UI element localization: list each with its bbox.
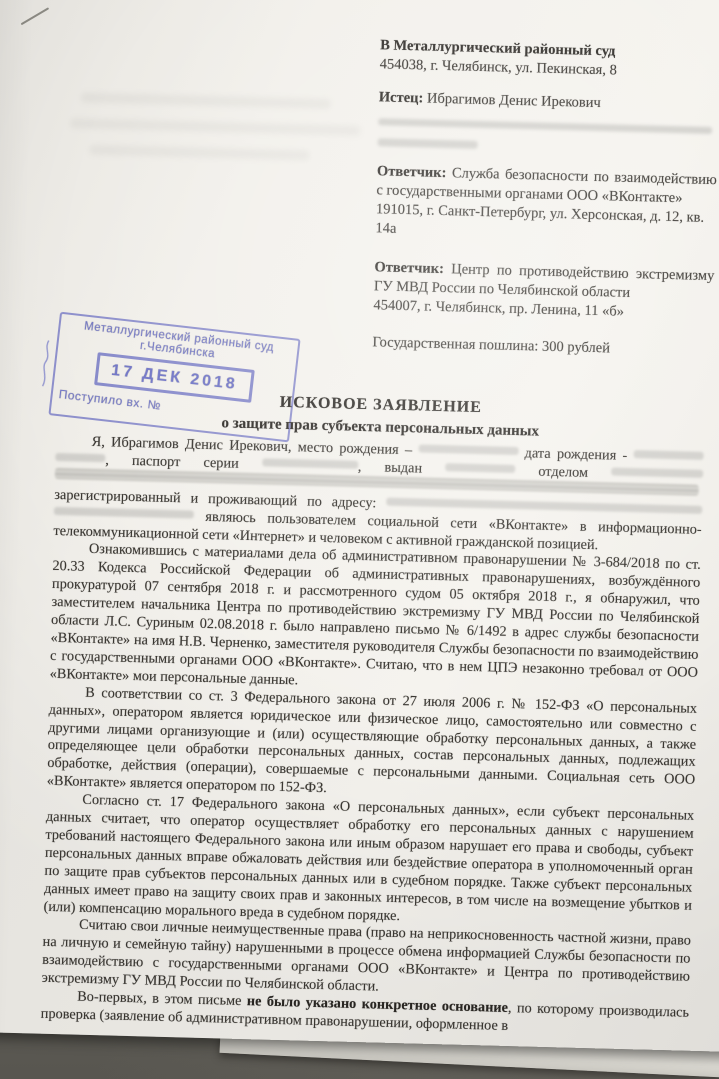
plaintiff-name: Ибрагимов Денис Ирекович bbox=[427, 91, 601, 112]
redaction-bar bbox=[262, 458, 358, 469]
intro-segment: , выдан bbox=[358, 459, 423, 477]
paragraph-intro: Я, Ибрагимов Денис Ирекович, место рожде… bbox=[53, 433, 704, 557]
defendant-label: Ответчик: bbox=[377, 163, 447, 181]
document-header: В Металлургический районный суд 454038, … bbox=[372, 36, 719, 361]
document-content: В Металлургический районный суд 454038, … bbox=[0, 0, 719, 1055]
document-page: В Металлургический районный суд 454038, … bbox=[0, 0, 719, 1052]
redaction-bar bbox=[418, 444, 518, 455]
document-body: Я, Ибрагимов Денис Ирекович, место рожде… bbox=[41, 433, 704, 1041]
redaction-bar bbox=[386, 497, 702, 513]
stamp-handwriting-mark bbox=[37, 338, 55, 389]
photo-scene: В Металлургический районный суд 454038, … bbox=[0, 0, 719, 1079]
argument-pre: Во-первых, в этом письме bbox=[77, 989, 247, 1009]
showthrough-ghost bbox=[70, 118, 360, 136]
redaction-bar bbox=[54, 507, 194, 519]
paragraph-law-17: Согласно ст. 17 Федерального закона «О п… bbox=[43, 791, 694, 933]
redaction-bar bbox=[55, 453, 105, 462]
intro-segment: отделом bbox=[538, 463, 588, 480]
plaintiff-label: Истец: bbox=[379, 89, 424, 106]
showthrough-ghost bbox=[89, 145, 309, 161]
intro-segment: дата рождения - bbox=[524, 445, 627, 464]
paragraph-case-review: Ознакомившись с материалами дела об адми… bbox=[49, 540, 701, 700]
pencil-mark bbox=[21, 7, 50, 25]
redaction-bar bbox=[378, 118, 712, 134]
defendant-label: Ответчик: bbox=[374, 259, 444, 277]
redaction-bar bbox=[611, 467, 703, 477]
redaction-bar bbox=[634, 450, 704, 460]
showthrough-ghost bbox=[81, 92, 331, 109]
redaction-bar bbox=[445, 463, 515, 473]
paragraph-law-152: В соответствии со ст. 3 Федерального зак… bbox=[47, 684, 698, 808]
